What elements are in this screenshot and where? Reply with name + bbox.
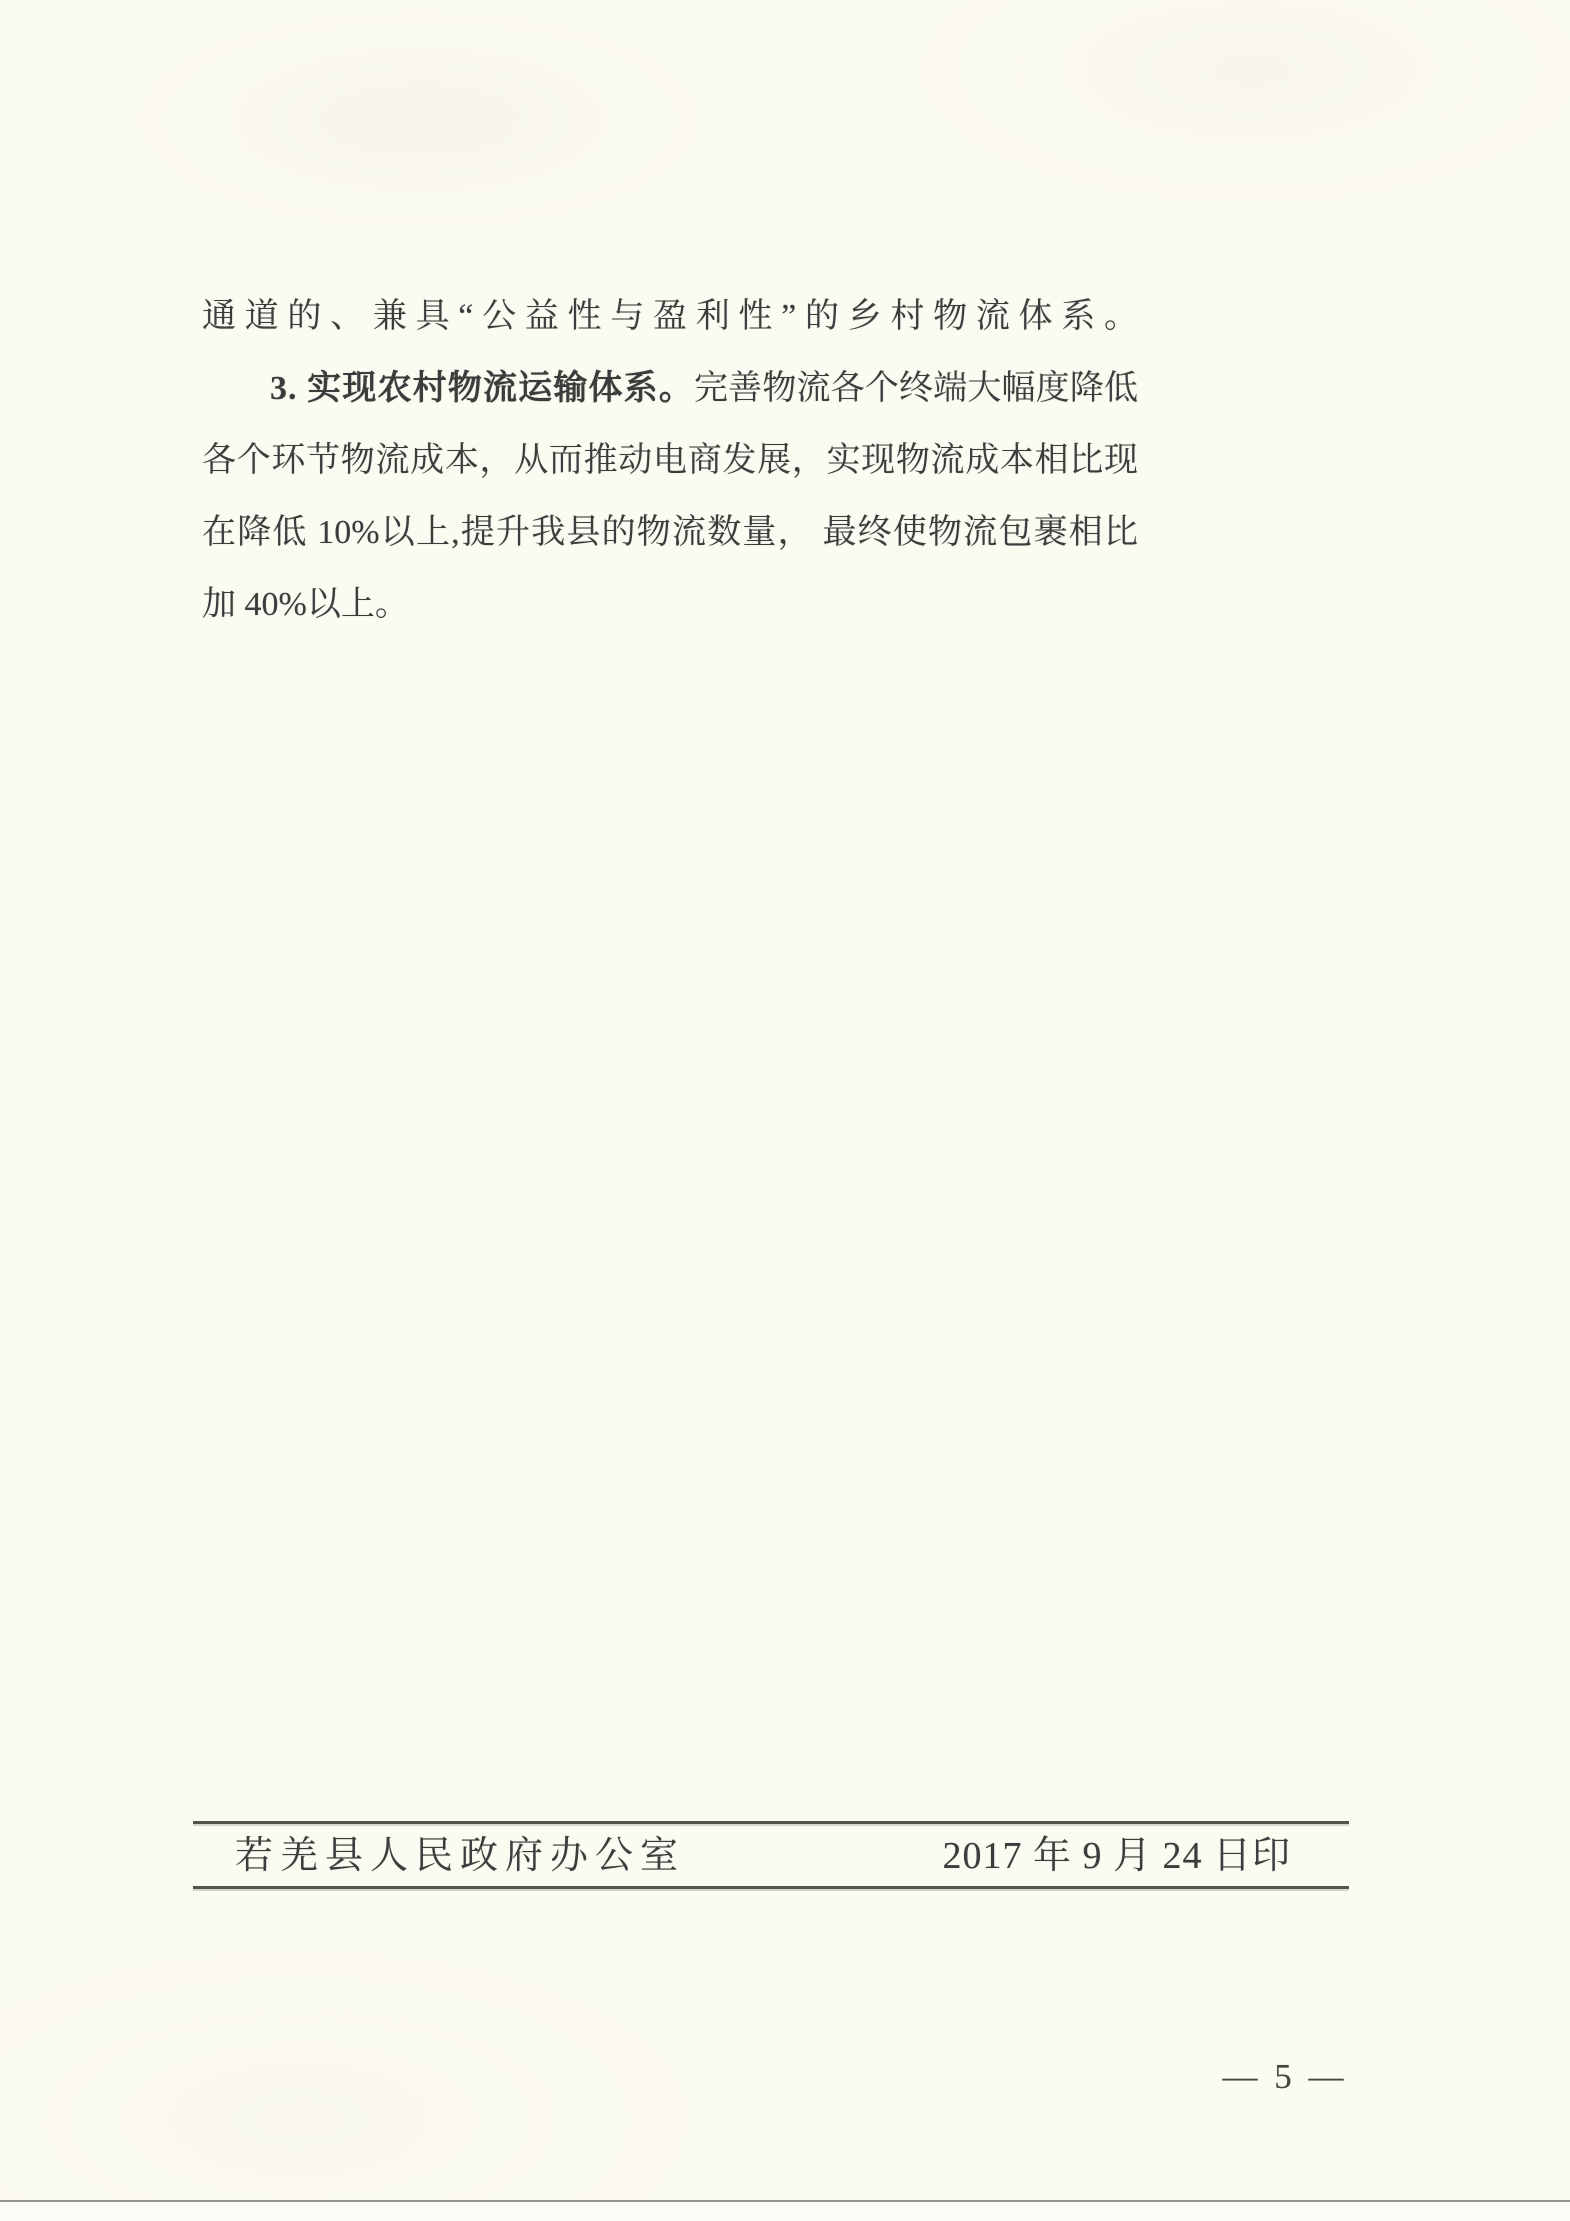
body-line-1: 通道的、兼具“公益性与盈利性”的乡村物流体系。 — [202, 281, 1138, 353]
page-number: — 5 — — [1205, 2054, 1365, 2100]
print-date: 2017 年 9 月 24 日印 — [942, 1826, 1291, 1886]
paper-edge-margin — [0, 2202, 1570, 2221]
paragraph-3-heading: 3. 实现农村物流运输体系。 — [270, 370, 694, 407]
body-line-5-text: 加 40%以上。 — [202, 586, 409, 623]
print-footer: 若羌县人民政府办公室 2017 年 9 月 24 日印 — [193, 1826, 1349, 1886]
body-line-5: 加 40%以上。 — [202, 569, 1138, 641]
body-line-4: 在降低 10%以上,提升我县的物流数量， 最终使物流包裹相比增 — [202, 497, 1138, 569]
body-line-2: 3. 实现农村物流运输体系。完善物流各个终端大幅度降低 — [202, 353, 1138, 425]
body-line-4-text: 在降低 10%以上,提升我县的物流数量， 最终使物流包裹相比增 — [202, 514, 1138, 569]
body-line-1-text: 通道的、兼具“公益性与盈利性”的乡村物流体系。 — [202, 298, 1138, 335]
body-line-3-text: 各个环节物流成本，从而推动电商发展，实现物流成本相比现 — [202, 442, 1138, 479]
footer-bottom-rule — [193, 1886, 1349, 1889]
footer-top-rule — [193, 1821, 1349, 1824]
document-body: 通道的、兼具“公益性与盈利性”的乡村物流体系。 3. 实现农村物流运输体系。完善… — [202, 281, 1138, 641]
body-line-2-text: 完善物流各个终端大幅度降低 — [694, 370, 1138, 407]
issuing-office: 若羌县人民政府办公室 — [235, 1826, 685, 1886]
body-line-3: 各个环节物流成本，从而推动电商发展，实现物流成本相比现 — [202, 425, 1138, 497]
